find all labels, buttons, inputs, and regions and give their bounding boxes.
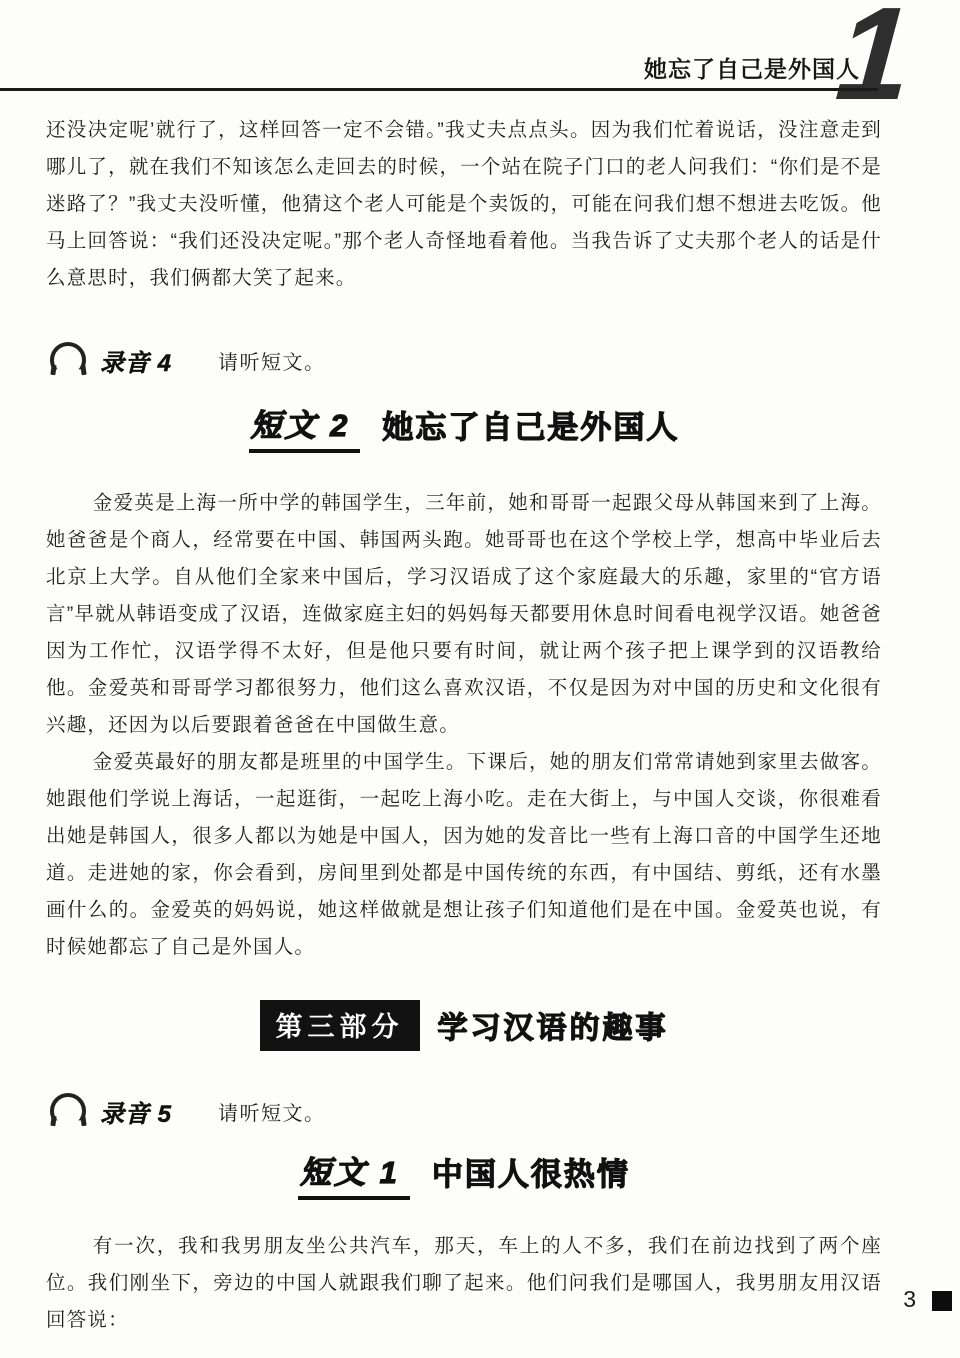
passage-1-number: 短文 1: [298, 1147, 410, 1200]
recording-5-label: 录音 5: [100, 1094, 172, 1129]
passage-1-paragraph-1: 有一次，我和我男朋友坐公共汽车，那天，车上的人不多，我们在前边找到了两个座位。我…: [46, 1228, 882, 1339]
headphone-earpiece-right: [80, 365, 86, 376]
recording-4-row: 录音 4 请听短文。: [48, 337, 882, 383]
passage-2-number: 短文 2: [249, 400, 361, 453]
part-3-badge: 第三部分: [260, 1000, 420, 1051]
page-footer: 3: [903, 1286, 952, 1313]
part-3-heading: 第三部分 学习汉语的趣事: [46, 1002, 882, 1048]
headphone-earpiece-right: [80, 1116, 86, 1127]
page-number: 3: [903, 1286, 916, 1313]
page-content: 还没决定呢’就行了，这样回答一定不会错。”我丈夫点点头。因为我们忙着说话，没注意…: [0, 0, 960, 1339]
recording-4-instruction: 请听短文。: [218, 346, 326, 375]
passage-2-paragraph-1: 金爱英是上海一所中学的韩国学生，三年前，她和哥哥一起跟父母从韩国来到了上海。她爸…: [46, 485, 882, 744]
headphone-icon: [48, 1092, 88, 1130]
continued-paragraph: 还没决定呢’就行了，这样回答一定不会错。”我丈夫点点头。因为我们忙着说话，没注意…: [46, 112, 882, 297]
passage-1-heading: 短文 1 中国人很热情: [46, 1146, 882, 1200]
passage-2-title: 她忘了自己是外国人: [382, 402, 679, 453]
black-square-marker: [932, 1291, 952, 1311]
headphone-earpiece-left: [50, 365, 56, 376]
recording-5-row: 录音 5 请听短文。: [48, 1088, 882, 1134]
part-3-title: 学习汉语的趣事: [438, 1003, 669, 1047]
recording-5-instruction: 请听短文。: [218, 1097, 326, 1126]
passage-2-paragraph-2: 金爱英最好的朋友都是班里的中国学生。下课后，她的朋友们常常请她到家里去做客。她跟…: [46, 744, 882, 966]
textbook-page: 她忘了自己是外国人 1 还没决定呢’就行了，这样回答一定不会错。”我丈夫点点头。…: [0, 0, 960, 1358]
headphone-icon: [48, 341, 88, 379]
passage-2-heading: 短文 2 她忘了自己是外国人: [46, 399, 882, 453]
recording-4-label: 录音 4: [100, 343, 172, 378]
passage-1-title: 中国人很热情: [432, 1149, 630, 1200]
headphone-earpiece-left: [50, 1116, 56, 1127]
